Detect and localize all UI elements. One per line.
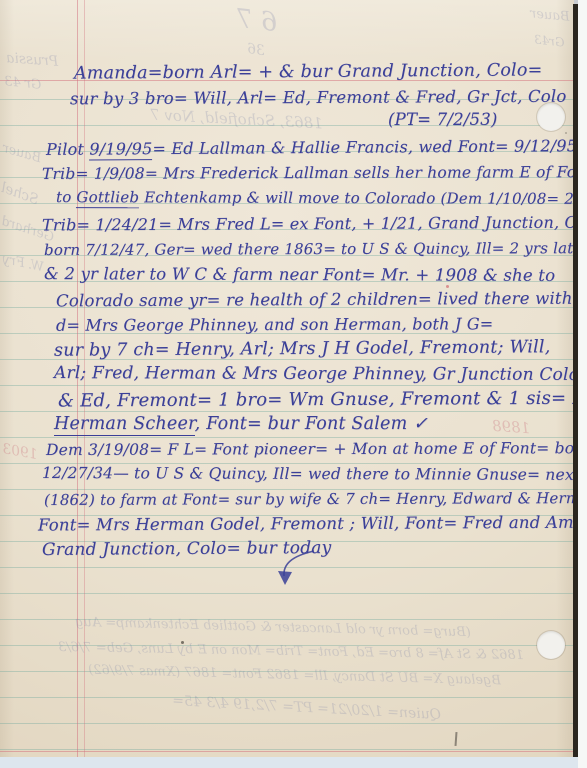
handwritten-line: Amanda=born Arl= + & bur Grand Junction,… — [74, 60, 543, 83]
handwritten-line: & Ed, Fremont= 1 bro= Wm Gnuse, Fremont … — [58, 388, 587, 412]
red-tick-mark — [446, 285, 449, 288]
hole-punch-bottom — [537, 631, 565, 659]
handwritten-line: d= Mrs George Phinney, and son Herman, b… — [56, 314, 493, 335]
scanner-background-right — [578, 0, 587, 768]
handwritten-line: Pilot 9/19/95= Ed Lallman & Hallie Franc… — [46, 136, 577, 159]
bleed-through-fragment: 36 — [246, 41, 266, 59]
bleed-through-fragment: 6 7 — [235, 4, 279, 38]
handwritten-line: Trib= 1/24/21= Mrs Fred L= ex Font, + 1/… — [42, 212, 587, 234]
scanned-note-page: 6 736PrussiaGr 43BauerGr431863, Schofiel… — [0, 0, 587, 768]
handwritten-line: sur by 3 bro= Will, Arl= Ed, Fremont & F… — [70, 87, 567, 109]
handwritten-line: born 7/12/47, Ger= wed there 1863= to U … — [44, 239, 587, 259]
handwritten-line: (PT= 7/2/53) — [388, 110, 498, 129]
flourish-arrow-icon — [268, 548, 320, 588]
handwritten-line: Font= Mrs Herman Godel, Fremont ; Will, … — [38, 512, 587, 534]
handwritten-line: to Gottlieb Echtenkamp & will move to Co… — [56, 188, 587, 208]
ink-speck — [181, 641, 184, 644]
scanner-background-bottom — [0, 757, 578, 768]
ink-speck — [565, 132, 567, 134]
bottom-margin-red-line — [0, 751, 574, 752]
hole-punch-top — [537, 103, 565, 131]
handwritten-line: 12/27/34— to U S & Quincy, Ill= wed ther… — [42, 464, 587, 484]
bleed-through-fragment: 1898 — [491, 417, 530, 438]
handwritten-line: & 2 yr later to W C & farm near Font= Mr… — [44, 264, 555, 285]
handwritten-line: sur by 7 ch= Henry, Arl; Mrs J H Godel, … — [54, 337, 551, 360]
handwritten-line: Dem 3/19/08= F L= Font pioneer= + Mon at… — [46, 439, 587, 459]
handwritten-line: Trib= 1/9/08= Mrs Frederick Lallman sell… — [42, 163, 587, 183]
handwritten-line: (1862) to farm at Font= sur by wife & 7 … — [44, 489, 587, 509]
handwritten-line: Arl; Fred, Herman & Mrs George Phinney, … — [54, 363, 587, 385]
handwritten-line: Colorado same yr= re health of 2 childre… — [56, 289, 573, 311]
handwritten-line: Herman Scheer, Font= bur Font Salem ✓ — [54, 414, 428, 434]
